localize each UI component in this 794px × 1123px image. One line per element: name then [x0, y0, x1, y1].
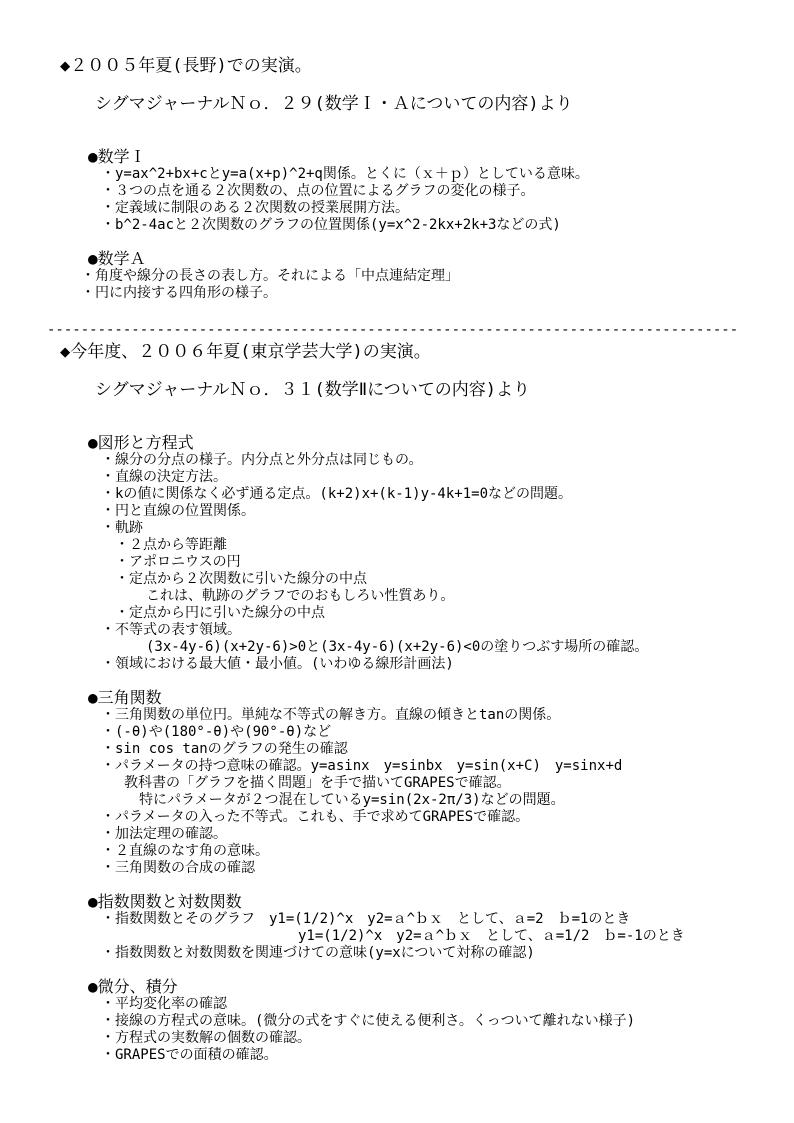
list-item: ・円と直線の位置関係。	[101, 503, 776, 520]
list-item: ・線分の分点の様子。内分点と外分点は同じもの。	[101, 452, 776, 469]
list-item: ・b^2-4acと２次関数のグラフの位置関係(y=x^2-2kx+2k+3などの…	[101, 217, 776, 234]
document-page: ◆２００５年夏(長野)での実演。 シグマジャーナルＮｏ．２９(数学Ｉ・Ａについて…	[0, 0, 794, 1123]
list-item: ・領域における最大値・最小値。(いわゆる線形計画法)	[101, 656, 776, 673]
dashed-divider: ----------------------------------------…	[47, 322, 776, 339]
group-heading: ●図形と方程式	[88, 434, 776, 452]
group-heading: ●数学Ｉ	[88, 148, 776, 166]
journal-subtitle: シグマジャーナルＮｏ．２９(数学Ｉ・Ａについての内容)より	[95, 93, 776, 115]
sub-list-item: ・２点から等距離	[115, 537, 776, 554]
list-item: ・方程式の実数解の個数の確認。	[101, 1030, 776, 1047]
list-item: ・角度や線分の長さの表し方。それによる「中点連結定理」	[81, 268, 776, 285]
list-item: ・パラメータの入った不等式。これも、手で求めてGRAPESで確認。	[101, 809, 776, 826]
list-item: ・sin cos tanのグラフの発生の確認	[101, 741, 776, 758]
list-item: ・直線の決定方法。	[101, 469, 776, 486]
list-item: ・３つの点を通る２次関数の、点の位置によるグラフの変化の様子。	[101, 183, 776, 200]
section-title: ◆２００５年夏(長野)での実演。	[60, 55, 776, 77]
list-item: ・kの値に関係なく必ず通る定点。(k+2)x+(k-1)y-4k+1=0などの問…	[101, 486, 776, 503]
group-heading: ●三角関数	[88, 689, 776, 707]
list-item: ・三角関数の合成の確認	[101, 860, 776, 877]
note-line: これは、軌跡のグラフでのおもしろい性質あり。	[146, 588, 776, 605]
list-item: ・指数関数と対数関数を関連づけての意味(y=xについて対称の確認)	[101, 945, 776, 962]
list-item: ・加法定理の確認。	[101, 826, 776, 843]
list-item: ・定義域に制限のある２次関数の授業展開方法。	[101, 200, 776, 217]
list-item: ・円に内接する四角形の様子。	[81, 285, 776, 302]
topic-group-mathA: ●数学Ａ ・角度や線分の長さの表し方。それによる「中点連結定理」 ・円に内接する…	[88, 250, 776, 302]
topic-group-figures-equations: ●図形と方程式 ・線分の分点の様子。内分点と外分点は同じもの。 ・直線の決定方法…	[88, 434, 776, 673]
list-item: ・接線の方程式の意味。(微分の式をすぐに使える便利さ。くっついて離れない様子)	[101, 1013, 776, 1030]
group-heading: ●微分、積分	[88, 978, 776, 996]
list-item: ・２直線のなす角の意味。	[101, 843, 776, 860]
list-item: ・不等式の表す領域。	[101, 622, 776, 639]
group-heading: ●指数関数と対数関数	[88, 893, 776, 911]
sub-list-item: ・アポロニウスの円	[115, 554, 776, 571]
topic-group-calculus: ●微分、積分 ・平均変化率の確認 ・接線の方程式の意味。(微分の式をすぐに使える…	[88, 978, 776, 1064]
note-line: 特にパラメータが２つ混在しているy=sin(2x-2π/3)などの問題。	[139, 792, 776, 809]
formula-line: (3x-4y-6)(x+2y-6)>0と(3x-4y-6)(x+2y-6)<0の…	[146, 639, 776, 656]
section-2006: ◆今年度、２００６年夏(東京学芸大学)の実演。 シグマジャーナルＮｏ．３１(数学…	[60, 341, 776, 1064]
list-item: ・指数関数とそのグラフ y1=(1/2)^x y2=ａ^ｂｘ として、ａ=2 ｂ…	[101, 911, 776, 928]
topic-group-exp-log: ●指数関数と対数関数 ・指数関数とそのグラフ y1=(1/2)^x y2=ａ^ｂ…	[88, 893, 776, 962]
formula-line: y1=(1/2)^x y2=ａ^ｂｘ として、ａ=1/2 ｂ=-1のとき	[298, 928, 776, 945]
section-title: ◆今年度、２００６年夏(東京学芸大学)の実演。	[60, 341, 776, 363]
list-item: ・GRAPESでの面積の確認。	[101, 1047, 776, 1064]
list-item: ・軌跡	[101, 520, 776, 537]
list-item: ・三角関数の単位円。単純な不等式の解き方。直線の傾きとtanの関係。	[101, 707, 776, 724]
topic-group-math1: ●数学Ｉ ・y=ax^2+bx+cとy=a(x+p)^2+q関係。とくに（ｘ＋ｐ…	[88, 148, 776, 234]
note-line: 教科書の「グラフを描く問題」を手で描いてGRAPESで確認。	[124, 775, 776, 792]
list-item: ・パラメータの持つ意味の確認。y=asinx y=sinbx y=sin(x+C…	[101, 758, 776, 775]
list-item: ・y=ax^2+bx+cとy=a(x+p)^2+q関係。とくに（ｘ＋ｐ）としてい…	[101, 166, 776, 183]
sub-list-item: ・定点から２次関数に引いた線分の中点	[115, 571, 776, 588]
sub-list-item: ・定点から円に引いた線分の中点	[115, 605, 776, 622]
journal-subtitle: シグマジャーナルＮｏ．３１(数学Ⅱについての内容)より	[95, 379, 776, 401]
topic-group-trig: ●三角関数 ・三角関数の単位円。単純な不等式の解き方。直線の傾きとtanの関係。…	[88, 689, 776, 877]
group-heading: ●数学Ａ	[88, 250, 776, 268]
list-item: ・(-θ)や(180°-θ)や(90°-θ)など	[101, 724, 776, 741]
section-2005: ◆２００５年夏(長野)での実演。 シグマジャーナルＮｏ．２９(数学Ｉ・Ａについて…	[60, 55, 776, 302]
list-item: ・平均変化率の確認	[101, 996, 776, 1013]
section-body: ●図形と方程式 ・線分の分点の様子。内分点と外分点は同じもの。 ・直線の決定方法…	[88, 434, 776, 1064]
section-body: ●数学Ｉ ・y=ax^2+bx+cとy=a(x+p)^2+q関係。とくに（ｘ＋ｐ…	[88, 148, 776, 302]
